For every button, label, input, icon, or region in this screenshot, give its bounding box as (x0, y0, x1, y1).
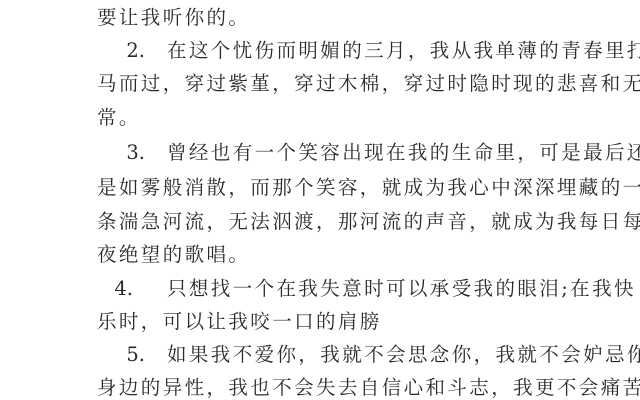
paragraph-4-number: 4. (97, 272, 167, 306)
paragraph-2-line-2: 马而过，穿过紫堇，穿过木棉，穿过时隐时现的悲喜和无 (97, 67, 547, 101)
paragraph-3-line-4: 夜绝望的歌唱。 (97, 238, 547, 272)
paragraph-3-number: 3. (97, 136, 167, 170)
paragraph-3-text-1: 曾经也有一个笑容出现在我的生命里，可是最后还 (167, 141, 640, 164)
paragraph-5-text-1: 如果我不爱你，我就不会思念你，我就不会妒忌你 (167, 343, 640, 366)
document-page: 要让我听你的。 2.在这个忧伤而明媚的三月，我从我单薄的青春里打 马而过，穿过紫… (0, 0, 640, 400)
paragraph-3-line-1: 3.曾经也有一个笑容出现在我的生命里，可是最后还 (97, 136, 547, 170)
paragraph-4-line-2: 乐时，可以让我咬一口的肩膀 (97, 305, 547, 339)
paragraph-2-number: 2. (97, 34, 167, 68)
paragraph-4-text-1: 只想找一个在我失意时可以承受我的眼泪;在我快 (167, 277, 636, 300)
paragraph-2-line-3: 常。 (97, 101, 547, 135)
paragraph-5-line-2: 身边的异性，我也不会失去自信心和斗志，我更不会痛苦。 (97, 371, 547, 400)
paragraph-4-line-1: 4.只想找一个在我失意时可以承受我的眼泪;在我快 (97, 272, 547, 306)
paragraph-5-number: 5. (97, 338, 167, 372)
paragraph-5-line-1: 5.如果我不爱你，我就不会思念你，我就不会妒忌你 (97, 338, 547, 372)
paragraph-3-line-2: 是如雾般消散，而那个笑容，就成为我心中深深埋藏的一 (97, 171, 547, 205)
paragraph-3-line-3: 条湍急河流，无法泅渡，那河流的声音，就成为我每日每 (97, 205, 547, 239)
paragraph-2-text-1: 在这个忧伤而明媚的三月，我从我单薄的青春里打 (167, 39, 640, 62)
paragraph-1-line-1: 要让我听你的。 (97, 1, 547, 35)
paragraph-2-line-1: 2.在这个忧伤而明媚的三月，我从我单薄的青春里打 (97, 34, 547, 68)
